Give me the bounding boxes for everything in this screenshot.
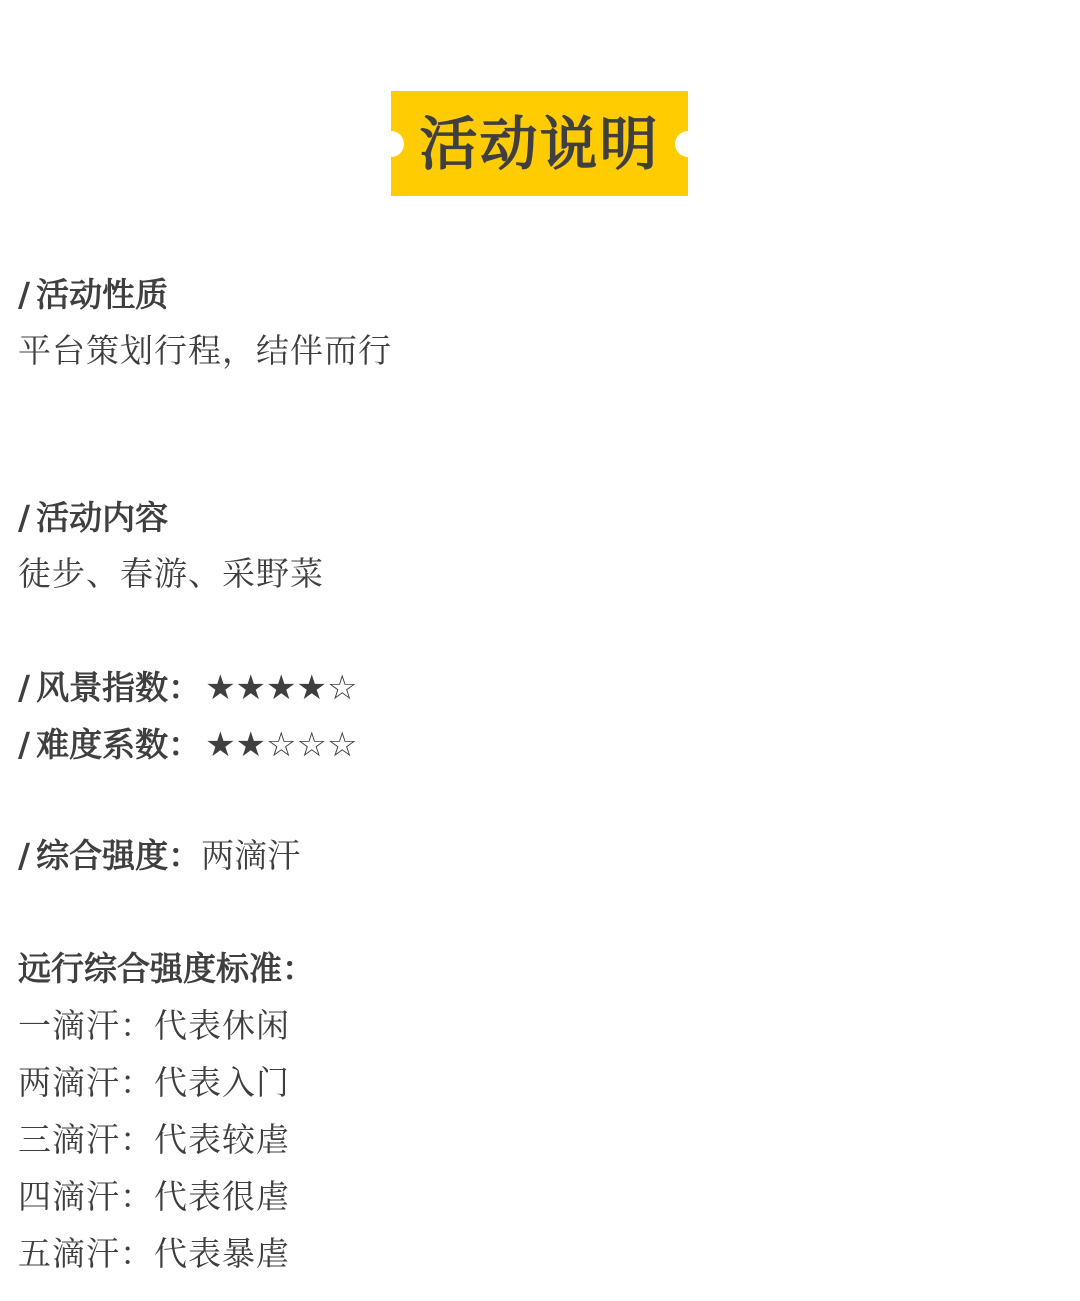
difficulty-rating: /难度系数：★★☆☆☆ bbox=[18, 725, 357, 765]
slash-marker: / bbox=[18, 275, 30, 314]
intensity-row: /综合强度：两滴汗 bbox=[18, 836, 300, 876]
standard-level: 五滴汗： bbox=[18, 1234, 154, 1273]
section-heading: /活动性质 bbox=[18, 275, 392, 315]
standard-meaning: 代表暴虐 bbox=[154, 1234, 290, 1273]
standard-meaning: 代表休闲 bbox=[154, 1006, 290, 1045]
standard-level: 四滴汗： bbox=[18, 1177, 154, 1216]
standard-item: 一滴汗：代表休闲 bbox=[18, 997, 315, 1054]
page-title: 活动说明 bbox=[419, 115, 659, 173]
standard-level: 一滴汗： bbox=[18, 1006, 154, 1045]
banner-notch-right bbox=[675, 131, 701, 157]
title-banner: 活动说明 bbox=[391, 91, 688, 196]
rating-label: 风景指数： bbox=[36, 668, 201, 707]
rating-row: /风景指数：★★★★☆ bbox=[18, 668, 357, 708]
section-body: 平台策划行程，结伴而行 bbox=[18, 331, 392, 371]
section-activity-content: /活动内容 徒步、春游、采野菜 bbox=[18, 498, 324, 594]
standards-list: 一滴汗：代表休闲 两滴汗：代表入门 三滴汗：代表较虐 四滴汗：代表很虐 五滴汗：… bbox=[18, 997, 315, 1282]
standard-meaning: 代表较虐 bbox=[154, 1120, 290, 1159]
overall-intensity: /综合强度：两滴汗 bbox=[18, 836, 300, 876]
heading-label: 活动性质 bbox=[36, 275, 168, 314]
intensity-label: 综合强度： bbox=[36, 836, 201, 875]
standard-item: 两滴汗：代表入门 bbox=[18, 1054, 315, 1111]
section-activity-nature: /活动性质 平台策划行程，结伴而行 bbox=[18, 275, 392, 371]
star-rating-icon: ★★☆☆☆ bbox=[205, 725, 357, 765]
slash-marker: / bbox=[18, 725, 30, 764]
standard-meaning: 代表很虐 bbox=[154, 1177, 290, 1216]
rating-label: 难度系数： bbox=[36, 725, 201, 764]
slash-marker: / bbox=[18, 668, 30, 707]
standard-level: 两滴汗： bbox=[18, 1063, 154, 1102]
rating-row: /难度系数：★★☆☆☆ bbox=[18, 725, 357, 765]
standard-level: 三滴汗： bbox=[18, 1120, 154, 1159]
standards-title: 远行综合强度标准： bbox=[18, 949, 315, 989]
scenery-rating: /风景指数：★★★★☆ bbox=[18, 668, 357, 708]
star-rating-icon: ★★★★☆ bbox=[205, 668, 357, 708]
standard-item: 四滴汗：代表很虐 bbox=[18, 1168, 315, 1225]
intensity-standards: 远行综合强度标准： 一滴汗：代表休闲 两滴汗：代表入门 三滴汗：代表较虐 四滴汗… bbox=[18, 949, 315, 1282]
standard-item: 三滴汗：代表较虐 bbox=[18, 1111, 315, 1168]
section-body: 徒步、春游、采野菜 bbox=[18, 554, 324, 594]
standard-item: 五滴汗：代表暴虐 bbox=[18, 1225, 315, 1282]
heading-label: 活动内容 bbox=[36, 498, 168, 537]
banner-notch-left bbox=[378, 131, 404, 157]
standard-meaning: 代表入门 bbox=[154, 1063, 290, 1102]
slash-marker: / bbox=[18, 836, 30, 875]
section-heading: /活动内容 bbox=[18, 498, 324, 538]
slash-marker: / bbox=[18, 498, 30, 537]
intensity-value: 两滴汗 bbox=[201, 836, 300, 875]
